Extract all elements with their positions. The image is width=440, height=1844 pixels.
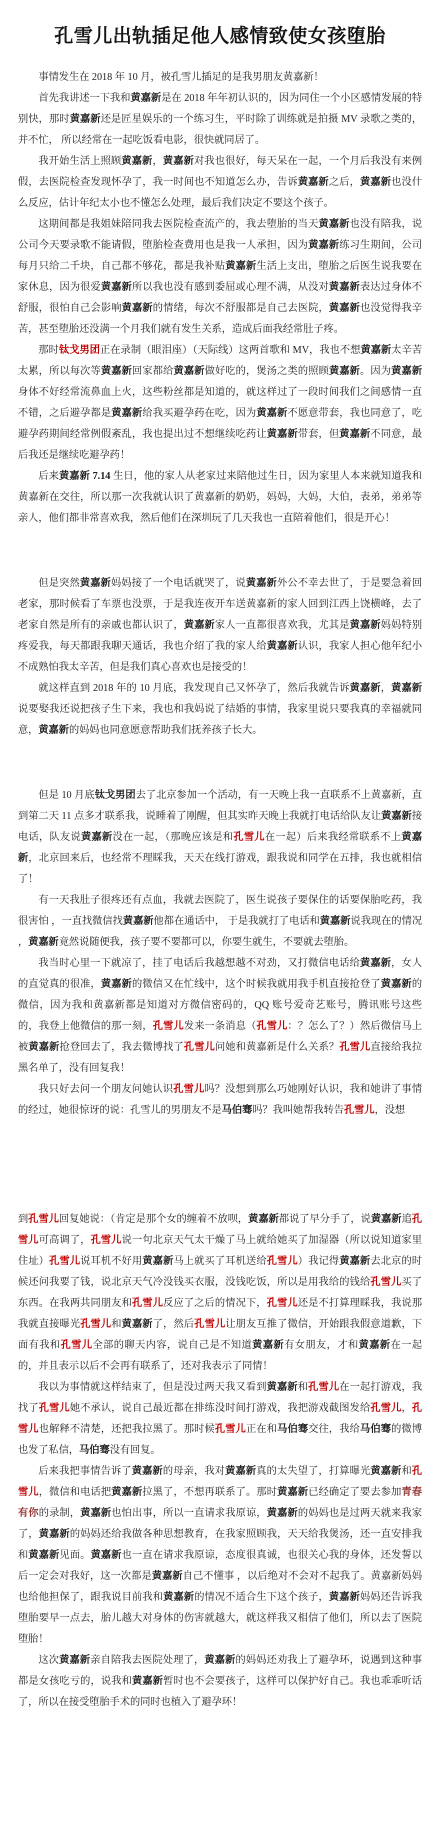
bold-name-run: 黄嘉新 (39, 1529, 70, 1540)
bold-name-run: 马伯骞 (79, 1445, 110, 1456)
bold-name-run: 黄嘉新 (142, 1256, 173, 1267)
paragraph: 后来我把事情告诉了黄嘉新的母亲，我对黄嘉新真的太失望了，打算曝光黄嘉新和孔雪儿，… (18, 1461, 422, 1650)
red-highlight-name-run: 孔雪儿 (267, 1298, 298, 1309)
bold-name-run: 黄嘉新 (101, 366, 132, 377)
bold-name-run: 黄嘉新 (360, 958, 391, 969)
red-highlight-name-run: 孔雪儿 (194, 1319, 225, 1330)
bold-name-run: 黄嘉新 (225, 261, 256, 272)
paragraph: 我开始生活上照顾黄嘉新，黄嘉新对我也很好，每天呆在一起，一个月后我没有来例假，去… (18, 151, 422, 214)
text-run: 他都在通话中， 于是我就打了电话和 (154, 916, 320, 927)
bold-name-run: 黄嘉新 (132, 1466, 163, 1477)
text-run: 回复她说：（肯定是那个女的缠着不放呗， (59, 1214, 248, 1225)
bold-name-run: 黄嘉新 (173, 366, 204, 377)
text-run: 正在和 (246, 1424, 277, 1435)
bold-name-run: 黄嘉新 (101, 979, 132, 990)
text-run: 说耳机不好用 (80, 1256, 142, 1267)
bold-name-run: 黄嘉新 (370, 1466, 401, 1477)
bold-name-run: 黄嘉新 (359, 1340, 391, 1351)
text-run: 给我买避孕药在吃，因为 (142, 408, 256, 419)
paragraph: 事情发生在 2018 年 10 月，被孔雪儿插足的是我男朋友黄嘉新！ (18, 67, 422, 88)
text-run: 和 (401, 1466, 411, 1477)
bold-name-run: 黄嘉新 (318, 219, 349, 230)
bold-name-run: 黄嘉新 (360, 345, 391, 356)
bold-name-run: 黄嘉新 (38, 725, 69, 736)
bold-name-run: 黄嘉新 (339, 429, 370, 440)
bold-name-run: 马伯骞 (360, 1424, 391, 1435)
bold-name-run: 黄嘉新 (163, 1592, 194, 1603)
text-run: 我以为事情就这样结束了，但是没过两天我又看到 (38, 1382, 266, 1393)
text-run: ，没想 (375, 1105, 406, 1116)
red-highlight-name-run: 孔雪儿 (267, 1256, 298, 1267)
text-run: 事情发生在 2018 年 10 月，被孔雪儿插足的是我男朋友黄嘉新！ (38, 72, 323, 83)
paragraph: 那时钛戈男团正在录制（眼泪座）（天际线）这两首歌和 MV，我也不想黄嘉新太辛苦太… (18, 340, 422, 466)
text-run: 。因为 (360, 366, 391, 377)
paragraph: 后来黄嘉新 7.14 生日，他的家人从老家过来陪他过生日，因为家里人本来就知道我… (18, 466, 422, 529)
bold-name-run: 黄嘉新 (91, 1550, 122, 1561)
text-run: 没有回复。 (110, 1445, 161, 1456)
bold-name-run: 马伯骞 (222, 1105, 253, 1116)
bold-name-run: 黄嘉新 (123, 916, 154, 927)
bold-name-run: 黄嘉新 (320, 916, 351, 927)
text-run: ，微信和电话把 (39, 1487, 112, 1498)
text-run: 在一起）后来我经常联系不上 (265, 832, 401, 843)
bold-name-run: 黄嘉新 (267, 641, 298, 652)
text-run: 都说了早分手了，说 (279, 1214, 371, 1225)
text-run: 那时 (38, 345, 59, 356)
bold-name-run: 黄嘉新 (163, 156, 194, 167)
text-run: 我当时心里一下就凉了，挂了电话后我越想越不对劲，又打微信电话给 (38, 958, 360, 969)
text-run: 发来一条消息（ (184, 1021, 257, 1032)
text-run: 了，然后 (153, 1319, 194, 1330)
text-run: 妈妈接了一个电话就哭了，说 (111, 578, 246, 589)
red-highlight-name-run: 钛戈男团 (59, 345, 100, 356)
bold-name-run: 黄嘉新 (70, 114, 101, 125)
paragraph: 但是 10 月底钛戈男团去了北京参加一个活动，有一天晚上我一直联系不上黄嘉新，直… (18, 785, 422, 890)
text-run: 我开始生活上照顾 (38, 156, 121, 167)
text-run: 带套，但 (298, 429, 339, 440)
bold-name-run: 黄嘉新 (267, 1382, 298, 1393)
text-run: 可高调了， (39, 1235, 91, 1246)
bold-name-run: 黄嘉新 (277, 1487, 308, 1498)
paragraph: 这次黄嘉新亲自陪我去医院处理了，黄嘉新的妈妈还劝我上了避孕环，说遇到这种事都是女… (18, 1650, 422, 1713)
bold-name-run: 黄嘉新 (308, 240, 339, 251)
text-run: 正在录制（眼泪座）（天际线）这两首歌和 MV，我也不想 (100, 345, 360, 356)
document-page: 孔雪儿出轨插足他人感情致使女孩堕胎 事情发生在 2018 年 10 月，被孔雪儿… (0, 0, 440, 1844)
paragraph: 有一天我肚子很疼还有点血，我就去医院了，医生说孩子要保住的话要保胎吃药，我很害怕… (18, 890, 422, 953)
red-highlight-name-run: 孔雪儿 (256, 1021, 287, 1032)
bold-name-run: 黄嘉新 (130, 93, 161, 104)
paragraph: 这期间都是我姐妹陪同我去医院检查流产的，我去堕胎的当天黄嘉新也没有陪我，说公司今… (18, 214, 422, 340)
text-run: 但是 10 月底 (38, 790, 94, 801)
bold-name-run: 黄嘉新 (152, 1571, 183, 1582)
bold-name-run: 黄嘉新 (391, 683, 422, 694)
bold-name-run: 黄嘉新 (381, 979, 412, 990)
text-run: 问她和黄嘉新是什么关系？ (215, 1042, 339, 1053)
text-run: 有女朋友，才和 (284, 1340, 359, 1351)
text-run: 这次 (38, 1655, 59, 1666)
text-run: 和 (111, 1319, 121, 1330)
text-run: 的微信又在忙线中，这个时候我就用我手机直接抢登了 (132, 979, 381, 990)
bold-name-run: 黄嘉新 (339, 1256, 370, 1267)
text-run: 亲自陪我去医院处理了， (90, 1655, 204, 1666)
text-run: 的情况不适合生下这个孩子， (194, 1592, 329, 1603)
bold-name-run: 黄嘉新 (132, 1676, 163, 1687)
bold-name-run: 黄嘉新 (28, 937, 59, 948)
text-run: 全部的聊天内容，说自己是不知道 (93, 1340, 253, 1351)
red-highlight-name-run: 孔雪儿 (233, 832, 265, 843)
red-highlight-name-run: 孔雪儿 (91, 1235, 122, 1246)
text-run: 的录制， (39, 1508, 80, 1519)
page-title: 孔雪儿出轨插足他人感情致使女孩堕胎 (18, 24, 422, 51)
bold-name-run: 黄嘉新 (28, 1042, 59, 1053)
text-run: 首先我讲述一下我和 (38, 93, 130, 104)
red-highlight-name-run: 孔雪儿 (49, 1256, 80, 1267)
text-run: 吗？我叫她帮我转告 (252, 1105, 344, 1116)
bold-name-run: 马伯骞 (277, 1424, 308, 1435)
bold-name-run: 黄嘉新 (111, 1487, 142, 1498)
bold-name-run: 黄嘉新 (350, 620, 381, 631)
paragraph: 我以为事情就这样结束了，但是没过两天我又看到黄嘉新和孔雪儿在一起打游戏，我找了孔… (18, 1377, 422, 1461)
text-run: 和 (298, 1382, 308, 1393)
paragraph: 但是突然黄嘉新妈妈接了一个电话就哭了，说黄嘉新外公不幸去世了，于是要急着回老家，… (18, 573, 422, 678)
red-highlight-name-run: 孔雪儿 (80, 1319, 111, 1330)
paragraph: 我当时心里一下就凉了，挂了电话后我越想越不对劲，又打微信电话给黄嘉新，女人的直觉… (18, 953, 422, 1079)
text-run: 做好吃的，煲汤之类的照顾 (205, 366, 329, 377)
text-run: ， (381, 683, 391, 694)
text-run: 也怕出事，所以一直请求我原谅， (111, 1508, 266, 1519)
red-highlight-name-run: 孔雪儿 (39, 1403, 70, 1414)
red-highlight-name-run: 孔雪儿 (370, 1277, 401, 1288)
text-run: 拉黑了，不想再联系了。那时 (142, 1487, 277, 1498)
text-run: 真的太失望了，打算曝光 (256, 1466, 370, 1477)
bold-name-run: 黄嘉新 (329, 303, 360, 314)
bold-name-run: 黄嘉新 (80, 1508, 111, 1519)
text-run: 也解释不清楚，还把我拉黑了。那时候 (39, 1424, 215, 1435)
red-highlight-name-run: 孔雪儿 (173, 1084, 204, 1095)
bold-name-run: 黄嘉新 (225, 1466, 256, 1477)
bold-name-run: 黄嘉新 (248, 1214, 279, 1225)
paragraph: 我只好去问一个朋友问她认识孔雪儿吗？没想到那么巧她刚好认识，我和她讲了事情的经过… (18, 1079, 422, 1121)
red-highlight-name-run: 孔雪儿 (344, 1105, 375, 1116)
text-run: ，北京回来后，也经常不理睬我，天天在线打游戏，跟我说和同学在五排，我也就相信了！ (18, 853, 422, 885)
text-run: 之后， (329, 177, 360, 188)
bold-name-run: 黄嘉新 (122, 303, 153, 314)
text-run: 竟然说随便我，孩子要不要都可以，你要生就生，不要就去堕胎。 (59, 937, 354, 948)
bold-name-run: 黄嘉新 (360, 177, 391, 188)
red-highlight-name-run: 孔雪儿 (153, 1021, 184, 1032)
text-run: 这期间都是我姐妹陪同我去医院检查流产的，我去堕胎的当天 (38, 219, 318, 230)
bold-name-run: 黄嘉新 (256, 408, 287, 419)
text-run: 的妈妈也同意愿意帮助我们抚养孩子长大。 (69, 725, 263, 736)
text-run: 反应了之后的情况下， (163, 1298, 267, 1309)
text-run: 见面。 (59, 1550, 90, 1561)
paragraph: 首先我讲述一下我和黄嘉新是在 2018 年年初认识的，因为同住一个小区感情发展的… (18, 88, 422, 151)
text-run: 后来 (38, 471, 59, 482)
text-run: 的情绪，每次不舒服都是自己去医院， (153, 303, 329, 314)
bold-name-run: 黄嘉新 7.14 (59, 471, 110, 482)
text-run: 交往，我给 (308, 1424, 360, 1435)
bold-name-run: 黄嘉新 (246, 578, 277, 589)
text-run: ）我记得 (298, 1256, 339, 1267)
bold-name-run: 黄嘉新 (371, 1214, 402, 1225)
article-body: 事情发生在 2018 年 10 月，被孔雪儿插足的是我男朋友黄嘉新！首先我讲述一… (18, 67, 422, 1713)
bold-name-run: 黄嘉新 (59, 1655, 90, 1666)
bold-name-run: 黄嘉新 (121, 156, 152, 167)
bold-name-run: 黄嘉新 (267, 429, 298, 440)
red-highlight-name-run: 孔雪儿 (339, 1042, 370, 1053)
bold-name-run: 黄嘉新 (329, 1592, 360, 1603)
bold-name-run: 黄嘉新 (111, 408, 142, 419)
paragraph: 到孔雪儿回复她说：（肯定是那个女的缠着不放呗，黄嘉新都说了早分手了，说黄嘉新追孔… (18, 1209, 422, 1377)
text-run: ， (401, 1403, 411, 1414)
paragraph: 就这样直到 2018 年的 10 月底，我发现自己又怀孕了，然后我就告诉黄嘉新，… (18, 678, 422, 741)
red-highlight-name-run: 孔雪儿 (28, 1214, 59, 1225)
red-highlight-name-run: 孔雪儿 (215, 1424, 246, 1435)
bold-name-run: 黄嘉新 (391, 366, 422, 377)
text-run: 所以我也没有感到委屈或心理不满，从没对 (132, 282, 329, 293)
red-highlight-name-run: 孔雪儿 (184, 1042, 215, 1053)
red-highlight-name-run: 孔雪儿 (370, 1403, 401, 1414)
text-run: 她不承认，说自己最近都在排练没时间打游戏，我把游戏截图发给 (70, 1403, 371, 1414)
bold-name-run: 黄嘉新 (298, 177, 329, 188)
bold-name-run: 黄嘉新 (329, 282, 360, 293)
bold-name-run: 黄嘉新 (28, 1550, 59, 1561)
bold-name-run: 黄嘉新 (184, 620, 215, 631)
bold-name-run: 黄嘉新 (204, 1655, 235, 1666)
bold-name-run: 黄嘉新 (329, 366, 360, 377)
text-run: 我只好去问一个朋友问她认识 (38, 1084, 173, 1095)
text-run: 后来我把事情告诉了 (38, 1466, 131, 1477)
text-run: 到 (18, 1214, 28, 1225)
text-run: 已经确定了要去参加 (308, 1487, 401, 1498)
bold-name-run: 黄嘉新 (267, 1508, 298, 1519)
text-run: 马上就买了耳机送给 (173, 1256, 266, 1267)
text-run: 家人一直都很喜欢我，尤其是 (215, 620, 350, 631)
text-run: 没在一起，（那晚应该是和 (113, 832, 234, 843)
text-run: 抢登回去了，我去微博找了 (59, 1042, 183, 1053)
red-highlight-name-run: 孔雪儿 (132, 1298, 163, 1309)
text-run: 追 (402, 1214, 412, 1225)
bold-name-run: 黄嘉新 (122, 1319, 153, 1330)
text-run: 但是突然 (38, 578, 80, 589)
text-run: 的母亲，我对 (163, 1466, 225, 1477)
bold-name-run: 黄嘉新 (101, 282, 132, 293)
text-run: 回家都给 (132, 366, 173, 377)
bold-name-run: 钛戈男团 (95, 790, 136, 801)
red-highlight-name-run: 孔雪儿 (61, 1340, 93, 1351)
bold-name-run: 黄嘉新 (252, 1340, 284, 1351)
bold-name-run: 黄嘉新 (81, 832, 113, 843)
text-run: 就这样直到 2018 年的 10 月底，我发现自己又怀孕了，然后我就告诉 (38, 683, 349, 694)
text-run: ， (153, 156, 163, 167)
bold-name-run: 黄嘉新 (350, 683, 381, 694)
bold-name-run: 黄嘉新 (381, 811, 412, 822)
bold-name-run: 黄嘉新 (80, 578, 111, 589)
red-highlight-name-run: 孔雪儿 (308, 1382, 339, 1393)
